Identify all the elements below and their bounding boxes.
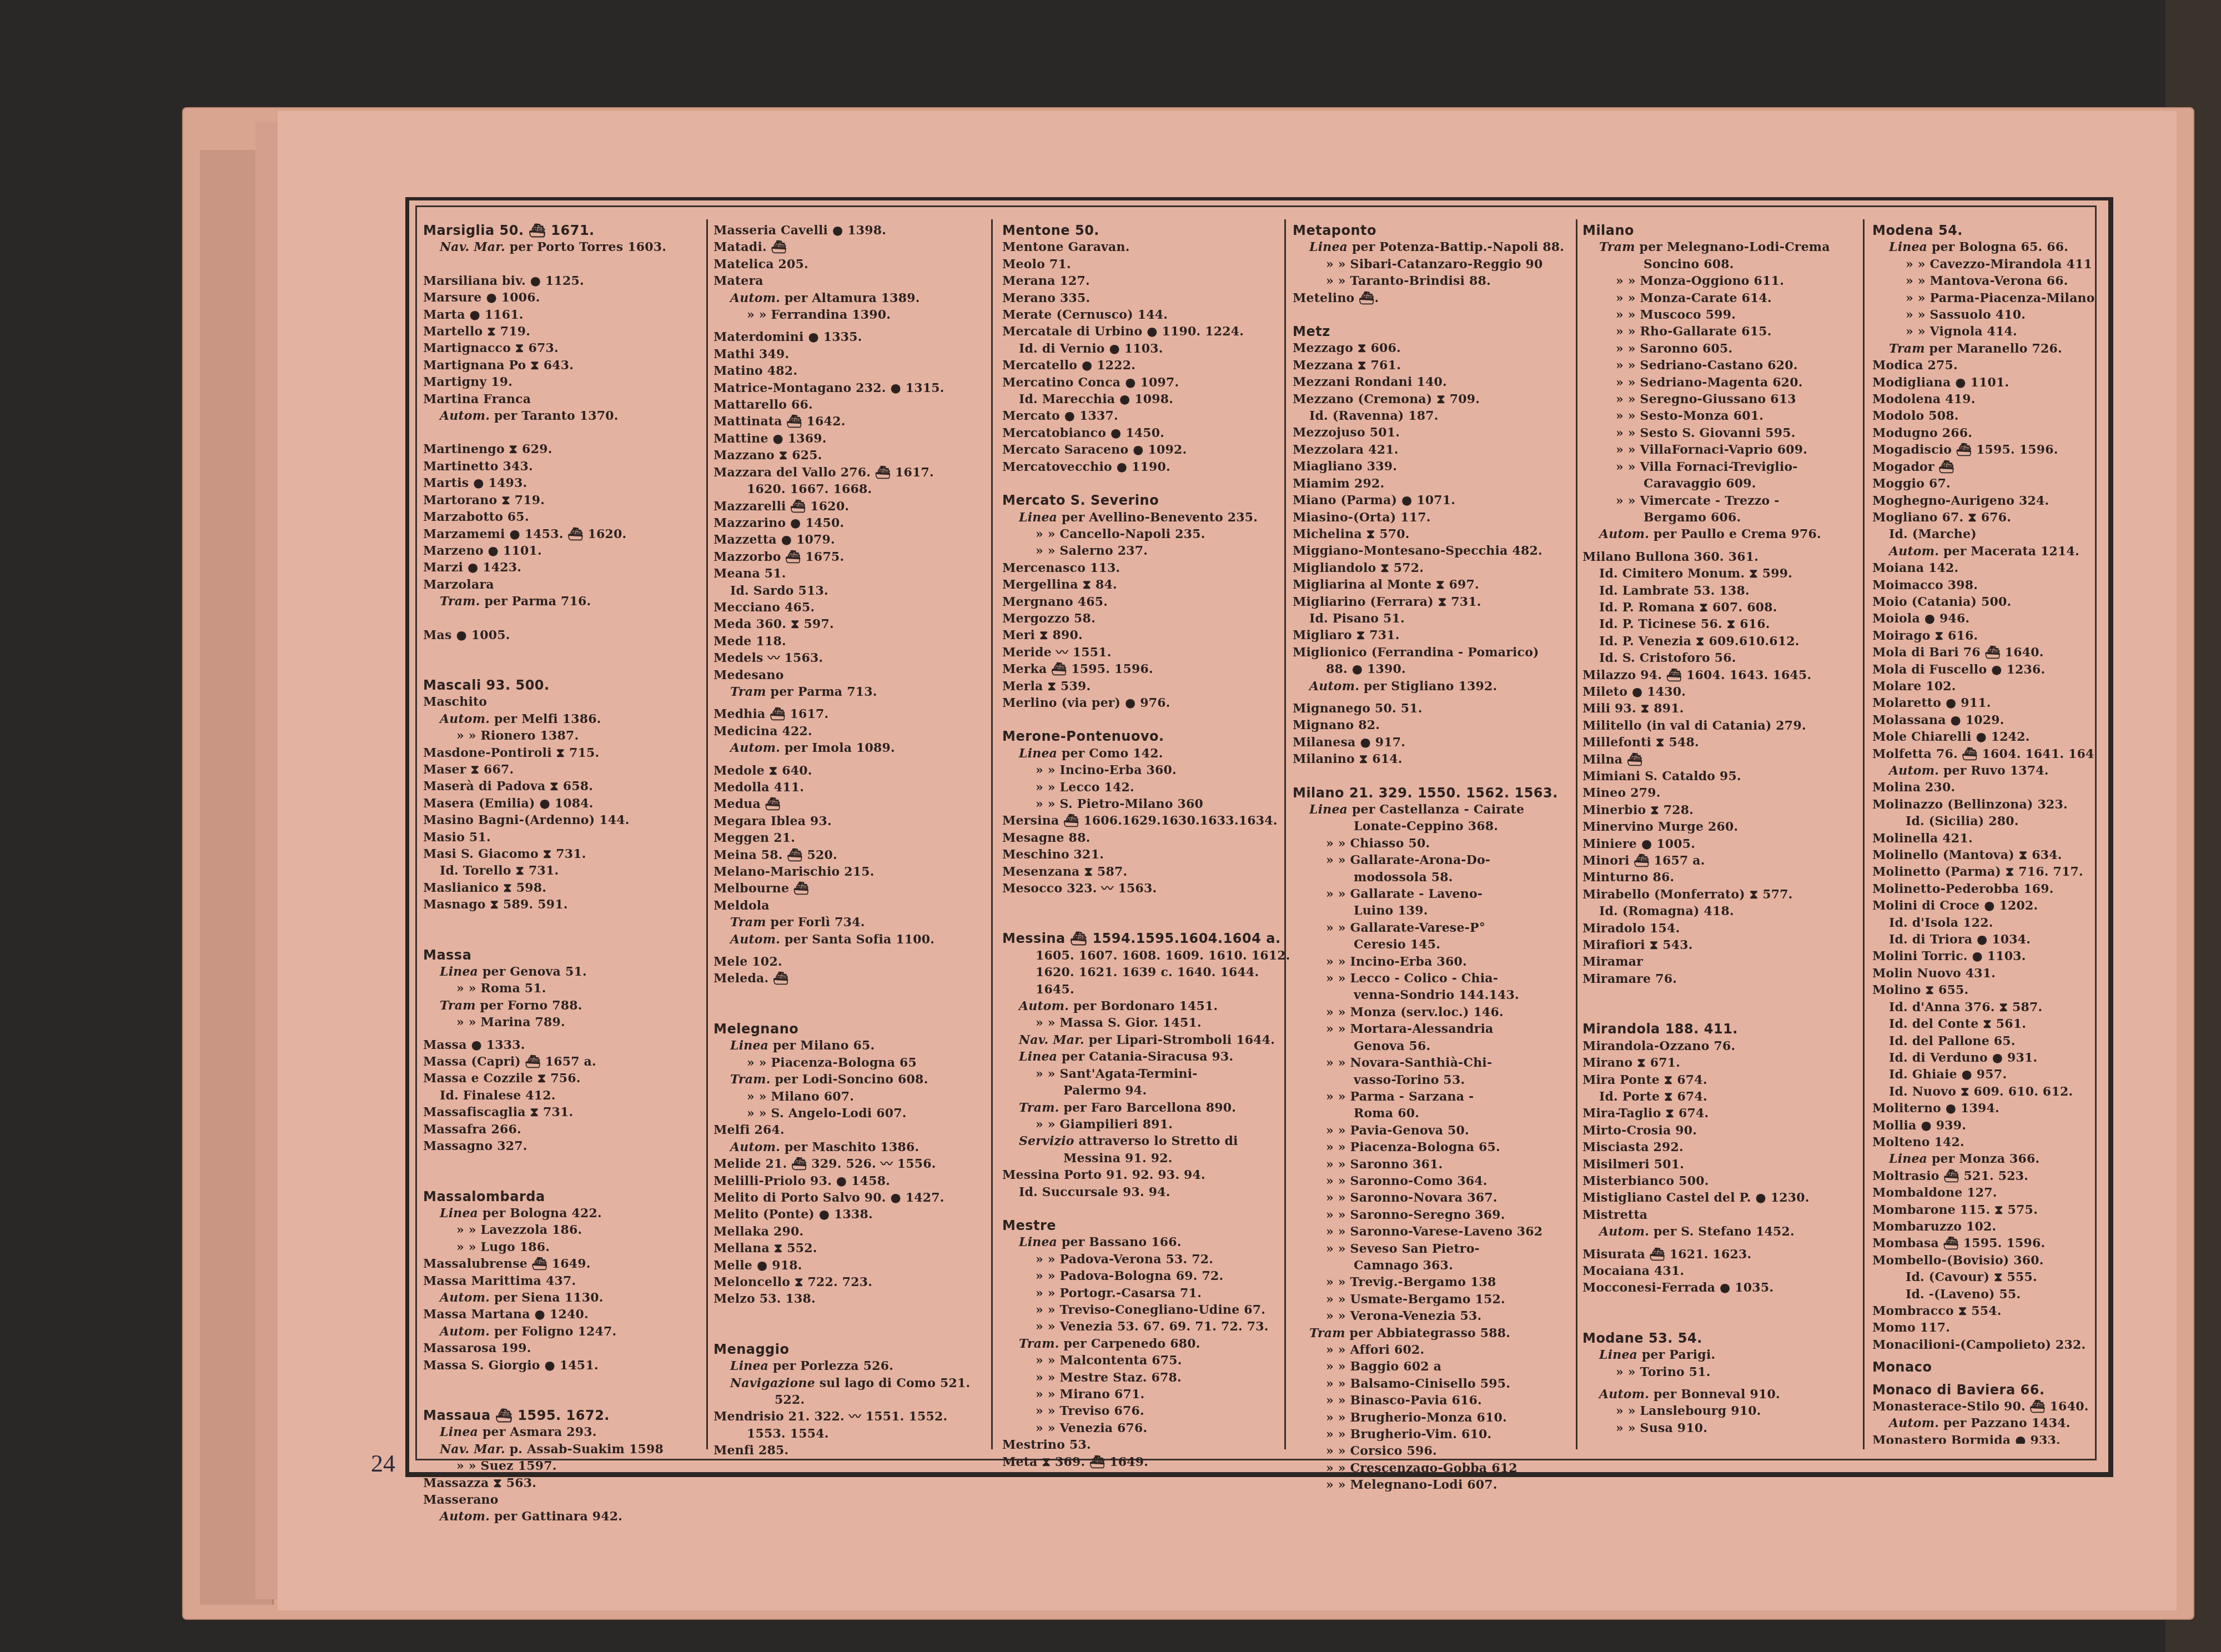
connection-line: Nav. Mar. per Lipari-Stromboli 1644. [1002, 1032, 1280, 1048]
connection-line: Autom. per Pazzano 1434. [1872, 1415, 2094, 1432]
continuation-line: Id. (Cavour) ⧗ 555. [1872, 1269, 2094, 1286]
index-column-2: Masseria Cavelli ● 1398.Matadi. ⛴Matelic… [713, 222, 991, 1444]
service-type-label: Autom. [730, 932, 780, 947]
connection-sub-line: » » Saronno 605. [1582, 340, 1860, 357]
station-entry: Molteno 142. [1872, 1134, 2094, 1151]
connection-sub-line: » » Piacenza-Bologna 65. [1293, 1139, 1570, 1156]
station-entry: Mas ● 1005. [423, 627, 701, 644]
connection-sub-line: » » Saronno-Varese-Laveno 362 [1293, 1223, 1570, 1240]
connection-sub-line: » » Marina 789. [423, 1014, 701, 1031]
station-entry: Mercatobianco ● 1450. [1002, 425, 1280, 441]
connection-sub-line: » » Lecco - Colico - Chia- [1293, 970, 1570, 987]
continuation-line: 1605. 1607. 1608. 1609. 1610. 1612. [1002, 947, 1280, 964]
station-entry: Martorano ⧗ 719. [423, 492, 701, 509]
continuation-line: modossola 58. [1293, 869, 1570, 886]
station-heading: Metaponto [1293, 222, 1570, 239]
station-entry: Mestrino 53. [1002, 1437, 1280, 1453]
station-entry: Molino ⧗ 655. [1872, 982, 2094, 998]
station-entry: Mirano ⧗ 671. [1582, 1055, 1860, 1071]
station-entry: Melbourne ⛴ [713, 880, 991, 897]
station-entry: Mogador ⛴ [1872, 459, 2094, 475]
connection-sub-line: » » Sedriano-Castano 620. [1582, 357, 1860, 374]
connection-sub-line: » » Vimercate - Trezzo - [1582, 493, 1860, 509]
station-entry: Masserano [423, 1492, 701, 1508]
station-entry: Miradolo 154. [1582, 920, 1860, 937]
continuation-line: 522. [713, 1392, 991, 1408]
service-type-label: Linea [1889, 240, 1927, 254]
page-number: 24 [371, 1449, 395, 1478]
station-heading: Mascali 93. 500. [423, 677, 701, 694]
service-type-label: Tram [730, 915, 766, 930]
spacer [713, 987, 991, 1004]
connection-sub-line: » » Affori 602. [1293, 1342, 1570, 1358]
station-entry: Mogliano 67. ⧗ 676. [1872, 509, 2094, 526]
station-entry: Mombello-(Bovisio) 360. [1872, 1252, 2094, 1269]
spacer [423, 256, 701, 273]
station-entry: Mergnano 465. [1002, 594, 1280, 610]
station-entry: Massafra 266. [423, 1121, 701, 1138]
station-entry: Massa Marittima 437. [423, 1273, 701, 1289]
station-entry: Mogadiscio ⛴ 1595. 1596. [1872, 441, 2094, 458]
station-entry: Merate (Cernusco) 144. [1002, 307, 1280, 323]
connection-line: Linea per Asmara 293. [423, 1424, 701, 1440]
station-entry: Monasterace-Stilo 90. ⛴ 1640. [1872, 1398, 2094, 1415]
station-variant: Id. Ghiaie ● 957. [1872, 1066, 2094, 1083]
station-entry: Melilli-Priolo 93. ● 1458. [713, 1173, 991, 1189]
connection-sub-line: » » Usmate-Bergamo 152. [1293, 1291, 1570, 1308]
connection-sub-line: » » Roma 51. [423, 980, 701, 997]
connection-sub-line: » » Monza (serv.loc.) 146. [1293, 1004, 1570, 1021]
station-entry: Mattinata ⛴ 1642. [713, 413, 991, 430]
station-entry: Mistretta [1582, 1207, 1860, 1223]
station-entry: Mecciano 465. [713, 599, 991, 616]
continuation-line: Id. -(Laveno) 55. [1872, 1286, 2094, 1303]
continuation-line: Ceresio 145. [1293, 936, 1570, 953]
station-entry: Mileto ● 1430. [1582, 684, 1860, 700]
station-entry: Mili 93. ⧗ 891. [1582, 700, 1860, 717]
station-entry: Masnago ⧗ 589. 591. [423, 896, 701, 913]
station-entry: Meleda. ⛴ [713, 970, 991, 987]
station-entry: Mazzarelli ⛴ 1620. [713, 498, 991, 515]
station-entry: Mezzojuso 501. [1293, 424, 1570, 441]
station-entry: Miagliano 339. [1293, 458, 1570, 475]
station-entry: Medels 〰 1563. [713, 650, 991, 666]
connection-sub-line: » » Malcontenta 675. [1002, 1352, 1280, 1369]
connection-sub-line: » » Monza-Oggiono 611. [1582, 273, 1860, 289]
station-entry: Molassana ● 1029. [1872, 712, 2094, 729]
service-type-label: Linea [1309, 240, 1348, 254]
service-type-label: Autom. [730, 291, 780, 305]
station-entry: Mignanego 50. 51. [1293, 700, 1570, 717]
continuation-line: vasso-Torino 53. [1293, 1072, 1570, 1088]
connection-line: Autom. per Imola 1089. [713, 740, 991, 756]
connection-line: Linea per Bologna 65. 66. [1872, 239, 2094, 255]
station-entry: Massa S. Giorgio ● 1451. [423, 1357, 701, 1374]
station-entry: Martignana Po ⧗ 643. [423, 357, 701, 374]
station-entry: Medua ⛴ [713, 796, 991, 812]
station-entry: Moliterno ● 1394. [1872, 1100, 2094, 1117]
connection-sub-line: » » Seregno-Giussano 613 [1582, 391, 1860, 408]
station-variant: Id. Marecchia ● 1098. [1002, 391, 1280, 408]
column-divider [706, 219, 708, 1449]
connection-line: Autom. per Bonneval 910. [1582, 1386, 1860, 1403]
station-entry: Mercatale di Urbino ● 1190. 1224. [1002, 323, 1280, 340]
connection-line: Autom. per Foligno 1247. [423, 1323, 701, 1340]
station-entry: Molinazzo (Bellinzona) 323. [1872, 796, 2094, 813]
station-heading: Melegnano [713, 1021, 991, 1037]
service-type-label: Autom. [440, 712, 490, 726]
connection-line: Linea per Monza 366. [1872, 1151, 2094, 1167]
continuation-line: Messina 91. 92. [1002, 1150, 1280, 1167]
connection-line: Autom. per S. Stefano 1452. [1582, 1223, 1860, 1240]
station-entry: Mercatino Conca ● 1097. [1002, 374, 1280, 391]
station-entry: Merla ⧗ 539. [1002, 678, 1280, 695]
continuation-line: Palermo 94. [1002, 1082, 1280, 1099]
spacer [1002, 475, 1280, 492]
continuation-line: 1620. 1667. 1668. [713, 481, 991, 498]
station-variant: Id. di Vernio ● 1103. [1002, 340, 1280, 357]
station-heading: Modena 54. [1872, 222, 2094, 239]
station-entry: Melito (Ponte) ● 1338. [713, 1206, 991, 1223]
continuation-line: 1620. 1621. 1639 c. 1640. 1644. [1002, 964, 1280, 981]
station-entry: Masera (Emilia) ● 1084. [423, 795, 701, 812]
station-entry: Moio (Catania) 500. [1872, 594, 2094, 610]
station-entry: Moghegno-Aurigeno 324. [1872, 493, 2094, 509]
connection-line: Autom. per Melfi 1386. [423, 711, 701, 727]
connection-sub-line: » » Parma-Piacenza-Milano 65 [1872, 290, 2094, 307]
connection-sub-line: » » Saronno-Como 364. [1293, 1173, 1570, 1189]
station-entry: Mezzolara 421. [1293, 441, 1570, 458]
station-entry: Massa Martana ● 1240. [423, 1306, 701, 1323]
station-entry: Martinetto 343. [423, 458, 701, 475]
connection-line: Tram per Parma 713. [713, 684, 991, 700]
station-entry: Mollia ● 939. [1872, 1117, 2094, 1134]
connection-sub-line: » » Balsamo-Cinisello 595. [1293, 1375, 1570, 1392]
service-type-label: Autom. [440, 1291, 490, 1305]
connection-sub-line: » » Corsico 596. [1293, 1443, 1570, 1459]
service-type-label: Autom. [440, 1324, 490, 1339]
station-entry: Miglionico (Ferrandina - Pomarico) [1293, 644, 1570, 661]
connection-sub-line: » » Saronno 361. [1293, 1156, 1570, 1173]
station-entry: Misilmeri 501. [1582, 1156, 1860, 1173]
spacer [1002, 1201, 1280, 1217]
service-type-label: Tram. [1019, 1101, 1059, 1115]
connection-line: Autom. per Santa Sofia 1100. [713, 931, 991, 948]
station-entry: Mercatovecchio ● 1190. [1002, 459, 1280, 475]
station-entry: Merlino (via per) ● 976. [1002, 695, 1280, 711]
connection-sub-line: » » S. Angelo-Lodi 607. [713, 1105, 991, 1122]
connection-line: Tram per Abbiategrasso 588. [1293, 1325, 1570, 1342]
station-variant: Id. Cimitero Monum. ⧗ 599. [1582, 565, 1860, 582]
station-entry: Mazzorbo ⛴ 1675. [713, 549, 991, 565]
connection-sub-line: » » Muscoco 599. [1582, 307, 1860, 323]
service-type-label: Autom. [1019, 999, 1069, 1013]
connection-sub-line: » » Crescenzago-Gobba 612 [1293, 1460, 1570, 1477]
connection-sub-line: » » Sant'Agata-Termini- [1002, 1066, 1280, 1082]
station-entry: Moggio 67. [1872, 475, 2094, 492]
connection-sub-line: » » Sassuolo 410. [1872, 307, 2094, 323]
connection-sub-line: » » Sesto-Monza 601. [1582, 408, 1860, 424]
station-entry: Medicina 422. [713, 723, 991, 740]
connection-sub-line: » » Susa 910. [1582, 1420, 1860, 1437]
spacer [1582, 1313, 1860, 1330]
station-entry: Massarosa 199. [423, 1340, 701, 1357]
station-entry: Matadi. ⛴ [713, 239, 991, 255]
service-type-label: Linea [730, 1038, 768, 1053]
connection-sub-line: » » Incino-Erba 360. [1002, 762, 1280, 779]
station-entry: Mola di Bari 76 ⛴ 1640. [1872, 644, 2094, 661]
service-type-label: Linea [440, 1425, 478, 1439]
station-entry: Molfetta 76. ⛴ 1604. 1641. 1642. [1872, 746, 2094, 762]
spacer [1582, 543, 1860, 549]
connection-sub-line: » » Saronno-Seregno 369. [1293, 1207, 1570, 1223]
continuation-line: 88. ● 1390. [1293, 661, 1570, 677]
connection-sub-line: » » Baggio 602 a [1293, 1358, 1570, 1375]
connection-line: Autom. per Gattinara 942. [423, 1508, 701, 1525]
service-type-label: Tram [440, 998, 476, 1013]
connection-line: Autom. per Ruvo 1374. [1872, 762, 2094, 779]
station-entry: Mesagne 88. [1002, 830, 1280, 846]
continuation-line: Soncino 608. [1582, 256, 1860, 273]
station-entry: Melle ● 918. [713, 1257, 991, 1274]
connection-sub-line: » » Brugherio-Vim. 610. [1293, 1426, 1570, 1443]
service-type-label: Autom. [1889, 764, 1939, 778]
station-entry: Massa (Capri) ⛴ 1657 a. [423, 1053, 701, 1070]
station-heading: Metz [1293, 323, 1570, 340]
connection-sub-line: » » Mestre Staz. 678. [1002, 1369, 1280, 1386]
station-entry: Marsure ● 1006. [423, 289, 701, 306]
station-entry: Misterbianco 500. [1582, 1173, 1860, 1189]
service-type-label: Autom. [1309, 679, 1359, 694]
spacer [713, 1324, 991, 1341]
station-entry: Molinetto-Pederobba 169. [1872, 881, 2094, 897]
station-entry: Meda 360. ⧗ 597. [713, 616, 991, 632]
connection-line: Tram per Forno 788. [423, 997, 701, 1014]
connection-line: Linea per Avellino-Benevento 235. [1002, 509, 1280, 526]
station-entry: Molinello (Mantova) ⧗ 634. [1872, 847, 2094, 863]
continuation-line: Bergamo 606. [1582, 509, 1860, 526]
column-divider [1284, 219, 1286, 1449]
station-variant: Id. (Romagna) 418. [1582, 903, 1860, 920]
connection-sub-line: » » Rionero 1387. [423, 727, 701, 744]
connection-sub-line: » » Melegnano-Lodi 607. [1293, 1477, 1570, 1493]
connection-line: Linea per Bologna 422. [423, 1205, 701, 1222]
connection-sub-line: » » Mortara-Alessandria [1293, 1021, 1570, 1037]
connection-sub-line: » » Milano 607. [713, 1088, 991, 1105]
station-entry: Modigliana ● 1101. [1872, 374, 2094, 391]
station-entry: Mezzago ⧗ 606. [1293, 340, 1570, 356]
spacer [713, 323, 991, 329]
connection-sub-line: » » Monza-Carate 614. [1582, 290, 1860, 307]
continuation-line: Lonate-Ceppino 368. [1293, 818, 1570, 835]
station-entry: Mira Ponte ⧗ 674. [1582, 1072, 1860, 1088]
spacer [1582, 1380, 1860, 1386]
station-entry: Mercenasco 113. [1002, 560, 1280, 576]
connection-sub-line: » » Piacenza-Bologna 65 [713, 1055, 991, 1071]
service-type-label: Nav. Mar. [440, 240, 505, 254]
connection-sub-line: » » Lavezzola 186. [423, 1222, 701, 1238]
station-entry: Minerbio ⧗ 728. [1582, 802, 1860, 819]
connection-sub-line: » » Torino 51. [1582, 1364, 1860, 1380]
station-entry: Miamim 292. [1293, 475, 1570, 492]
station-entry: Mercatello ● 1222. [1002, 357, 1280, 374]
station-entry: Millefonti ⧗ 548. [1582, 734, 1860, 751]
station-entry: Mineo 279. [1582, 785, 1860, 801]
connection-sub-line: » » Padova-Verona 53. 72. [1002, 1251, 1280, 1268]
station-entry: Miggiano-Montesano-Specchia 482. [1293, 543, 1570, 559]
service-type-label: Linea [1309, 802, 1348, 817]
station-entry: Molin Nuovo 431. [1872, 965, 2094, 982]
spacer [423, 644, 701, 660]
connection-line: Linea per Parigi. [1582, 1347, 1860, 1363]
connection-line: Linea per Castellanza - Cairate [1293, 801, 1570, 818]
station-variant: Id. Lambrate 53. 138. [1582, 583, 1860, 599]
connection-line: Tram per Maranello 726. [1872, 340, 2094, 357]
station-entry: Mercato Saraceno ● 1092. [1002, 441, 1280, 458]
service-type-label: Linea [440, 965, 478, 979]
station-entry: Molare 102. [1872, 678, 2094, 695]
connection-sub-line: » » Gallarate-Arona-Do- [1293, 852, 1570, 868]
station-entry: Marsiliana biv. ● 1125. [423, 273, 701, 289]
spacer [423, 660, 701, 677]
station-entry: Milazzo 94. ⛴ 1604. 1643. 1645. [1582, 667, 1860, 684]
station-entry: Mombracco ⧗ 554. [1872, 1303, 2094, 1319]
station-entry: Mercato ● 1337. [1002, 408, 1280, 424]
connection-sub-line: » » Pavia-Genova 50. [1293, 1122, 1570, 1139]
station-entry: Massalubrense ⛴ 1649. [423, 1256, 701, 1272]
service-type-label: Linea [1019, 510, 1057, 525]
station-entry: Mirandola-Ozzano 76. [1582, 1038, 1860, 1055]
station-entry: Massa e Cozzile ⧗ 756. [423, 1070, 701, 1087]
station-entry: Milna ⛴ [1582, 751, 1860, 768]
station-entry: Mocconesi-Ferrada ● 1035. [1582, 1279, 1860, 1296]
station-variant: Id. (Ravenna) 187. [1293, 408, 1570, 424]
service-type-label: Tram [1599, 240, 1635, 254]
connection-sub-line: » » Incino-Erba 360. [1293, 953, 1570, 970]
station-entry: Mezzana ⧗ 761. [1293, 357, 1570, 374]
spacer [1872, 1376, 2094, 1382]
service-type-label: Linea [1019, 1235, 1057, 1249]
connection-line: Linea per Como 142. [1002, 745, 1280, 762]
station-entry: Migliandolo ⧗ 572. [1293, 560, 1570, 576]
spacer [423, 1031, 701, 1037]
station-entry: Misciasta 292. [1582, 1139, 1860, 1156]
index-column-3: Mentone 50.Mentone Garavan.Meolo 71.Mera… [1002, 222, 1280, 1444]
connection-line: Tram per Melegnano-Lodi-Crema [1582, 239, 1860, 255]
station-entry: Meloncello ⧗ 722. 723. [713, 1274, 991, 1291]
continuation-line: 1553. 1554. [713, 1425, 991, 1442]
station-entry: Mattine ● 1369. [713, 430, 991, 447]
station-entry: Maschito [423, 694, 701, 710]
station-entry: Meina 58. ⛴ 520. [713, 847, 991, 863]
station-entry: Mombaruzzo 102. [1872, 1218, 2094, 1235]
station-entry: Mellaka 290. [713, 1223, 991, 1240]
service-type-label: Linea [730, 1359, 768, 1373]
station-entry: Martigny 19. [423, 374, 701, 390]
station-entry: Mazzarino ● 1450. [713, 515, 991, 531]
connection-line: Autom. per Maschito 1386. [713, 1139, 991, 1156]
station-entry: Marta ● 1161. [423, 307, 701, 323]
station-entry: Martinengo ⧗ 629. [423, 441, 701, 458]
service-type-label: Autom. [1889, 1416, 1939, 1430]
station-entry: Matelica 205. [713, 256, 991, 273]
service-type-label: Autom. [1599, 527, 1649, 541]
station-entry: Matino 482. [713, 363, 991, 379]
station-entry: Merka ⛴ 1595. 1596. [1002, 661, 1280, 677]
station-heading: Merone-Pontenuovo. [1002, 728, 1280, 745]
service-type-label: Linea [1889, 1152, 1927, 1166]
station-entry: Migliarina al Monte ⧗ 697. [1293, 576, 1570, 593]
service-type-label: Tram. [440, 594, 480, 609]
station-entry: Migliarino (Ferrara) ⧗ 731. [1293, 594, 1570, 610]
station-entry: Materdomini ● 1335. [713, 329, 991, 345]
station-entry: Merana 127. [1002, 273, 1280, 289]
station-entry: Monacilioni-(Campolieto) 232. [1872, 1337, 2094, 1353]
connection-sub-line: » » Trevig.-Bergamo 138 [1293, 1274, 1570, 1291]
spacer [1582, 1297, 1860, 1313]
column-divider [1576, 219, 1577, 1449]
service-type-label: Linea [1019, 746, 1057, 761]
station-entry: Mesocco 323. 〰 1563. [1002, 880, 1280, 897]
station-entry: Massagno 327. [423, 1138, 701, 1154]
station-entry: Mimiani S. Cataldo 95. [1582, 768, 1860, 785]
connection-line: Linea per Potenza-Battip.-Napoli 88. [1293, 239, 1570, 255]
station-entry: Momo 117. [1872, 1319, 2094, 1336]
station-entry: Metelino ⛴. [1293, 290, 1570, 307]
connection-sub-line: » » Rho-Gallarate 615. [1582, 323, 1860, 340]
station-entry: Modica 275. [1872, 357, 2094, 374]
spacer [1002, 897, 1280, 913]
station-variant: Id. d'Anna 376. ⧗ 587. [1872, 999, 2094, 1016]
station-entry: Mentone Garavan. [1002, 239, 1280, 255]
station-entry: Mathi 349. [713, 346, 991, 363]
station-entry: Melzo 53. 138. [713, 1291, 991, 1307]
service-type-label: Servizio [1019, 1134, 1074, 1148]
station-entry: Miniere ● 1005. [1582, 836, 1860, 852]
index-column-1: Marsiglia 50. ⛴ 1671.Nav. Mar. per Porto… [423, 222, 701, 1444]
station-entry: Mirafiori ⧗ 543. [1582, 937, 1860, 953]
station-entry: Massafiscaglia ⧗ 731. [423, 1104, 701, 1121]
station-entry: Miramare 76. [1582, 971, 1860, 987]
connection-sub-line: » » Binasco-Pavia 616. [1293, 1392, 1570, 1409]
station-entry: Mendrisio 21. 322. 〰 1551. 1552. [713, 1408, 991, 1425]
connection-sub-line: » » Venezia 53. 67. 69. 71. 72. 73. [1002, 1318, 1280, 1335]
station-entry: Moiola ● 946. [1872, 610, 2094, 627]
station-heading: Massa [423, 947, 701, 963]
station-entry: Mola di Fuscello ● 1236. [1872, 661, 2094, 678]
service-type-label: Autom. [1599, 1224, 1649, 1239]
connection-sub-line: » » Cavezzo-Mirandola 411 [1872, 256, 2094, 273]
station-entry: Miasino-(Orta) 117. [1293, 509, 1570, 526]
continuation-line: 1645. [1002, 981, 1280, 998]
station-entry: Melfi 264. [713, 1122, 991, 1138]
station-entry: Meolo 71. [1002, 256, 1280, 273]
index-column-4: MetapontoLinea per Potenza-Battip.-Napol… [1293, 222, 1570, 1444]
station-heading: Milano [1582, 222, 1860, 239]
connection-line: Autom. per Bordonaro 1451. [1002, 998, 1280, 1015]
station-variant: Id. di Verduno ● 931. [1872, 1050, 2094, 1066]
station-entry: Messina Porto 91. 92. 93. 94. [1002, 1167, 1280, 1183]
station-entry: Maserà di Padova ⧗ 658. [423, 778, 701, 795]
connection-line: Autom. per Stigliano 1392. [1293, 678, 1570, 695]
station-variant: Id. S. Cristoforo 56. [1582, 650, 1860, 666]
connection-sub-line: » » Sesto S. Giovanni 595. [1582, 425, 1860, 441]
station-entry: Mirto-Crosia 90. [1582, 1122, 1860, 1139]
station-entry: Minturno 86. [1582, 869, 1860, 886]
station-entry: Modugno 266. [1872, 425, 2094, 441]
service-type-label: Tram [1309, 1326, 1345, 1340]
connection-sub-line: » » Seveso San Pietro- [1293, 1241, 1570, 1257]
